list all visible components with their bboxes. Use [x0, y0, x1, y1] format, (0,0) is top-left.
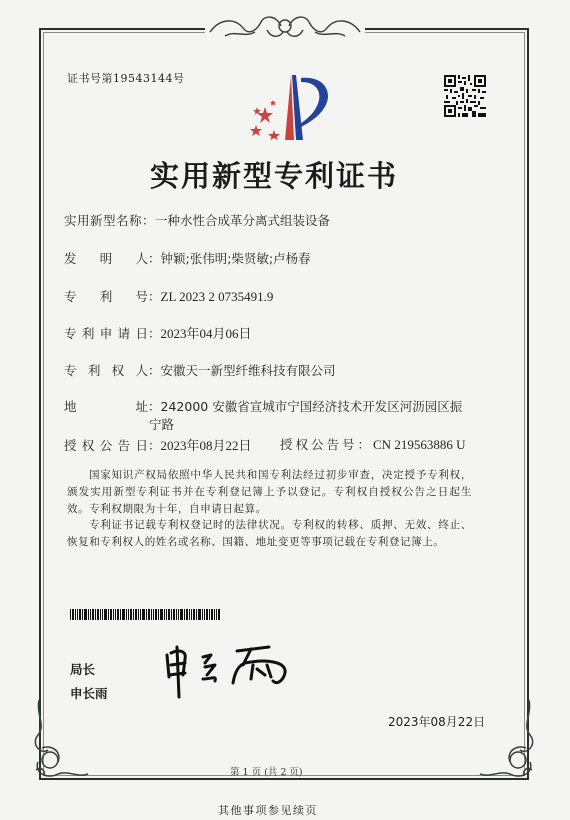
- utility-model-name-label: 实用新型名称：: [64, 211, 155, 229]
- grant-announcement-date-value: 2023年08月22日: [161, 435, 252, 454]
- patentee-label: 专 利 权 人: [64, 361, 148, 379]
- patentee-value: 安徽天一新型纤维科技有限公司: [161, 361, 336, 379]
- inventors-label: 发 明 人: [64, 249, 148, 267]
- address-label: 地 址: [64, 397, 148, 415]
- bottom-right-ornament-icon: [478, 700, 540, 780]
- patentee-field: 专 利 权 人 ：安徽天一新型纤维科技有限公司: [64, 361, 336, 379]
- top-ornament-icon: [205, 10, 365, 42]
- bottom-left-ornament-icon: [28, 700, 90, 780]
- application-date-label: 专 利 申 请 日: [64, 324, 148, 342]
- utility-model-name-field: 实用新型名称：一种水性合成革分离式组装设备: [64, 211, 330, 229]
- patent-number-field: 专 利 号 ：ZL 2023 2 0735491.9: [64, 287, 273, 305]
- address-field: 地 址 ：242000 安徽省宣城市宁国经济技术开发区河沥园区振: [64, 397, 462, 415]
- application-date-field: 专 利 申 请 日 ：2023年04月06日: [64, 323, 252, 342]
- address-value-line2: 宁路: [149, 415, 174, 433]
- cnipa-logo-icon: [245, 70, 330, 140]
- page-number: 第 1 页 (共 2 页): [230, 764, 303, 778]
- patent-number-label: 专 利 号: [64, 287, 148, 305]
- signature-date: 2023年08月22日: [388, 713, 485, 730]
- grant-announcement-number-value: CN 219563886 U: [373, 437, 465, 453]
- grant-announcement-date-field: 授 权 公 告 日 ：2023年08月22日: [64, 435, 252, 454]
- certificate-title: 实用新型专利证书: [150, 154, 398, 195]
- certificate-page: 证书号第19543144号: [0, 0, 570, 820]
- barcode-icon: [70, 605, 220, 616]
- grant-announcement-number-field: 授权公告号：CN 219563886 U: [280, 435, 465, 453]
- director-title: 局长: [70, 660, 95, 678]
- legal-status-paragraph: 专利证书记载专利权登记时的法律状况。专利权的转移、质押、无效、终止、恢复和专利权…: [67, 517, 472, 551]
- grant-announcement-date-label: 授 权 公 告 日: [64, 436, 148, 454]
- certificate-number: 证书号第19543144号: [67, 70, 185, 86]
- handwritten-signature-icon: [165, 645, 295, 700]
- grant-announcement-number-label: 授权公告号：: [280, 435, 373, 453]
- patent-number-value: ZL 2023 2 0735491.9: [161, 289, 274, 305]
- inventors-value: 钟颖;张伟明;柴贤敏;卢杨春: [161, 249, 311, 267]
- inventors-field: 发 明 人 ：钟颖;张伟明;柴贤敏;卢杨春: [64, 249, 311, 267]
- utility-model-name-value: 一种水性合成革分离式组装设备: [155, 211, 330, 229]
- director-name: 申长雨: [70, 684, 108, 702]
- grant-statement-paragraph: 国家知识产权局依照中华人民共和国专利法经过初步审查，决定授予专利权，颁发实用新型…: [67, 467, 472, 518]
- continuation-note: 其他事项参见续页: [218, 802, 318, 818]
- address-value-line1: 242000 安徽省宣城市宁国经济技术开发区河沥园区振: [161, 397, 463, 415]
- application-date-value: 2023年04月06日: [161, 323, 252, 342]
- qr-code-icon[interactable]: [444, 75, 486, 117]
